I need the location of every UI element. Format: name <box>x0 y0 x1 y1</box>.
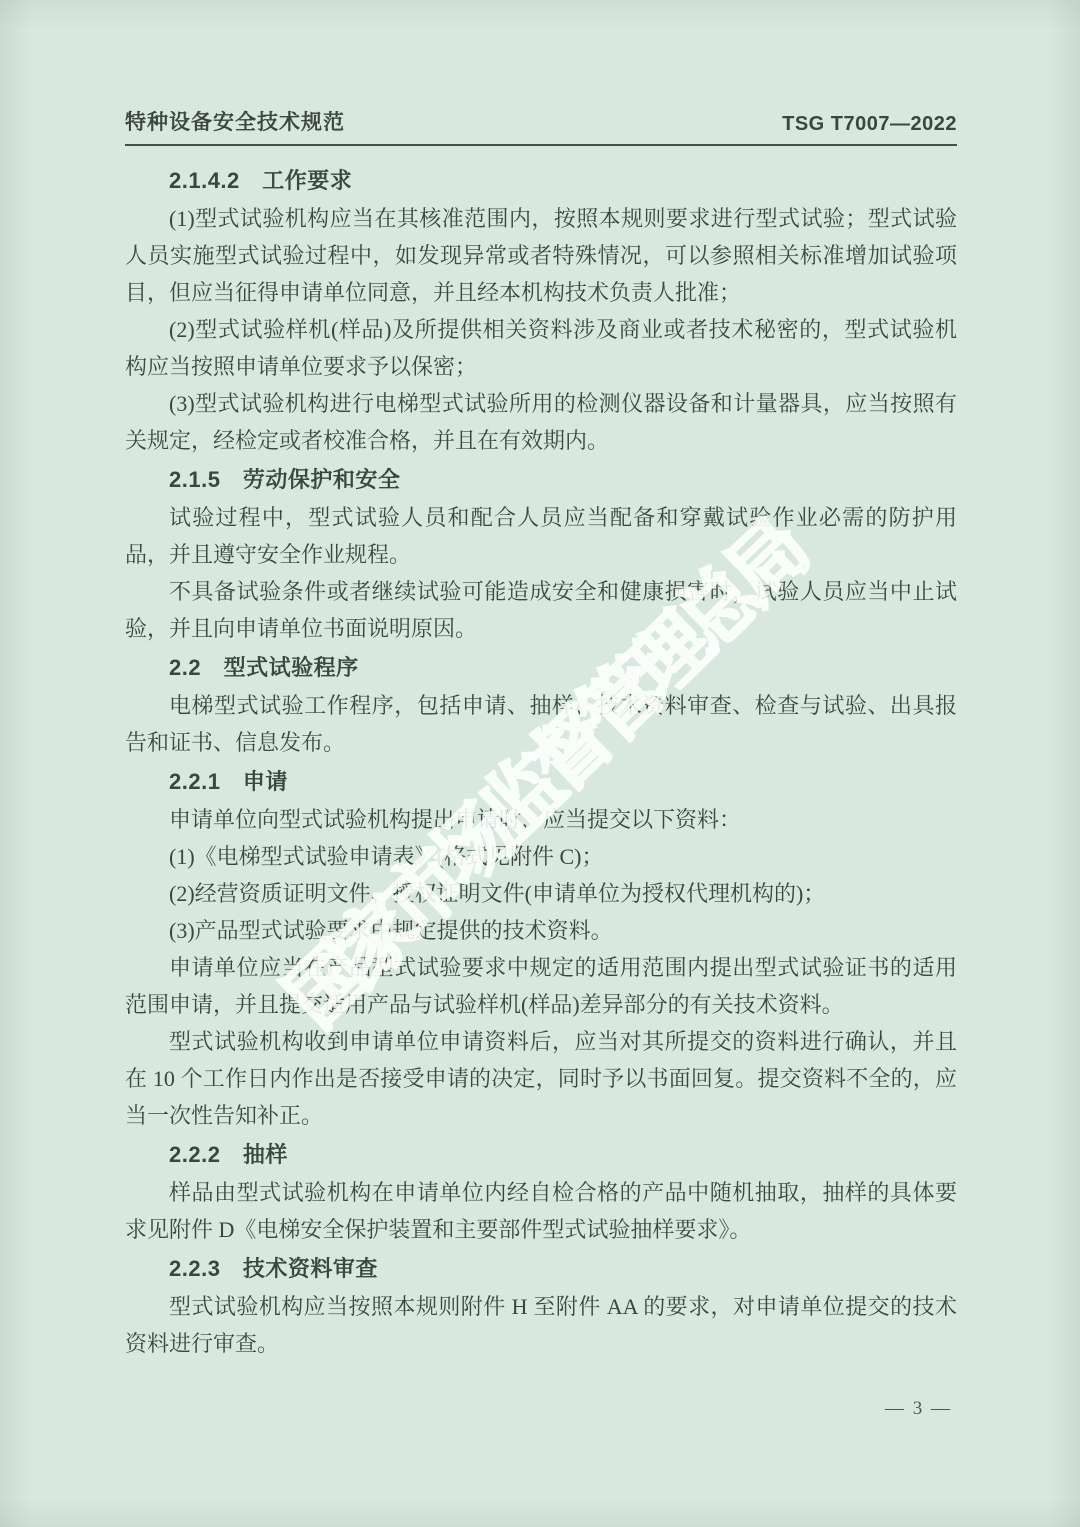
paragraph: 申请单位向型式试验机构提出申请时，应当提交以下资料： <box>125 801 957 838</box>
section-heading: 2.2 型式试验程序 <box>125 649 957 686</box>
document-page: 特种设备安全技术规范 TSG T7007—2022 2.1.4.2 工作要求(1… <box>0 0 1080 1527</box>
header-document-code: TSG T7007—2022 <box>782 113 957 136</box>
paragraph: (1)《电梯型式试验申请表》(格式见附件 C)； <box>125 838 957 875</box>
paragraph: 型式试验机构应当按照本规则附件 H 至附件 AA 的要求，对申请单位提交的技术资… <box>125 1288 957 1362</box>
paragraph: (3)产品型式试验要求中规定提供的技术资料。 <box>125 912 957 949</box>
section-heading: 2.1.5 劳动保护和安全 <box>125 461 957 498</box>
paragraph: (2)型式试验样机(样品)及所提供相关资料涉及商业或者技术秘密的，型式试验机构应… <box>125 311 957 385</box>
section-heading: 2.2.1 申请 <box>125 763 957 800</box>
paragraph: 样品由型式试验机构在申请单位内经自检合格的产品中随机抽取，抽样的具体要求见附件 … <box>125 1174 957 1248</box>
paragraph: (1)型式试验机构应当在其核准范围内，按照本规则要求进行型式试验；型式试验人员实… <box>125 200 957 311</box>
paragraph: 申请单位应当在产品型式试验要求中规定的适用范围内提出型式试验证书的适用范围申请，… <box>125 949 957 1023</box>
paragraph: 型式试验机构收到申请单位申请资料后，应当对其所提交的资料进行确认，并且在 10 … <box>125 1023 957 1134</box>
paragraph: (3)型式试验机构进行电梯型式试验所用的检测仪器设备和计量器具，应当按照有关规定… <box>125 385 957 459</box>
paragraph: 不具备试验条件或者继续试验可能造成安全和健康损害时，试验人员应当中止试验，并且向… <box>125 573 957 647</box>
section-heading: 2.2.3 技术资料审查 <box>125 1250 957 1287</box>
section-heading: 2.2.2 抽样 <box>125 1136 957 1173</box>
header-document-title: 特种设备安全技术规范 <box>125 106 345 136</box>
page-number: — 3 — <box>885 1398 952 1420</box>
paragraph: (2)经营资质证明文件、授权证明文件(申请单位为授权代理机构的)； <box>125 875 957 912</box>
page-header: 特种设备安全技术规范 TSG T7007—2022 <box>125 106 957 146</box>
paragraph: 电梯型式试验工作程序，包括申请、抽样、技术资料审查、检查与试验、出具报告和证书、… <box>125 687 957 761</box>
paragraph: 试验过程中，型式试验人员和配合人员应当配备和穿戴试验作业必需的防护用品，并且遵守… <box>125 499 957 573</box>
document-body: 2.1.4.2 工作要求(1)型式试验机构应当在其核准范围内，按照本规则要求进行… <box>125 160 957 1362</box>
section-heading: 2.1.4.2 工作要求 <box>125 162 957 199</box>
